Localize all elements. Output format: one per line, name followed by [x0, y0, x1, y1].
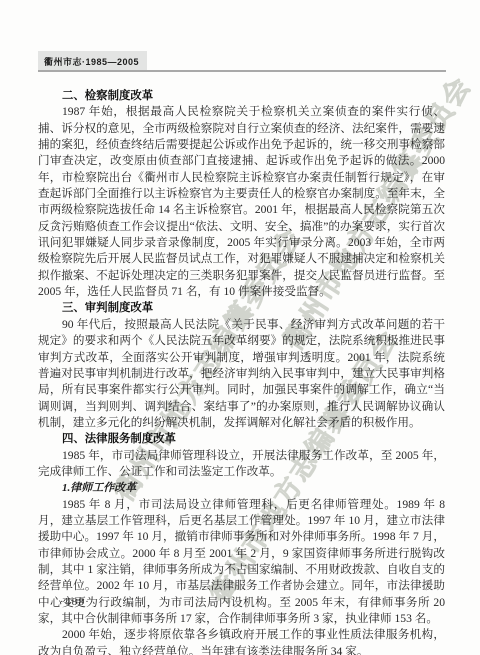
- book-title: 衢州市志·1985—2005: [38, 51, 147, 72]
- section-heading-legal-service-reform: 四、法律服务制度改革: [38, 431, 445, 447]
- subsection-heading-lawyer-reform: 1.律师工作改革: [38, 480, 445, 496]
- running-header: 衢州市志·1985—2005: [38, 51, 147, 72]
- section-heading-trial-reform: 三、审判制度改革: [38, 300, 445, 316]
- paragraph-procuratorial-reform: 1987 年始，根据最高人民检察院关于检察机关立案侦查的案件实行侦、捕、诉分权的…: [38, 104, 445, 300]
- page-number: ·488·: [60, 597, 90, 608]
- section-heading-procuratorial-reform: 二、检察制度改革: [38, 88, 445, 104]
- paragraph-lawyer-reform-1: 1985 年 8 月，市司法局设立律师管理科，后更名律师管理处。1989 年 8…: [38, 497, 445, 628]
- book-page: 衢州市地方志编纂委员会 衢州市地方志编纂委员会 衢州市地方志编纂委员会 衢州市志…: [0, 0, 480, 655]
- header-rule: [38, 70, 446, 72]
- paragraph-legal-service-intro: 1985 年，市司法局律师管理科设立，开展法律服务工作改革，至 2005 年，完…: [38, 448, 445, 481]
- page-body: 二、检察制度改革 1987 年始，根据最高人民检察院关于检察机关立案侦查的案件实…: [38, 88, 445, 655]
- paragraph-trial-reform: 90 年代后，按照最高人民法院《关于民事、经济审判方式改革问题的若干规定》的要求…: [38, 317, 445, 431]
- paragraph-lawyer-reform-2: 2000 年始，逐步将原依靠各乡镇政府开展工作的事业性质法律服务机构，改为自负盈…: [38, 627, 445, 655]
